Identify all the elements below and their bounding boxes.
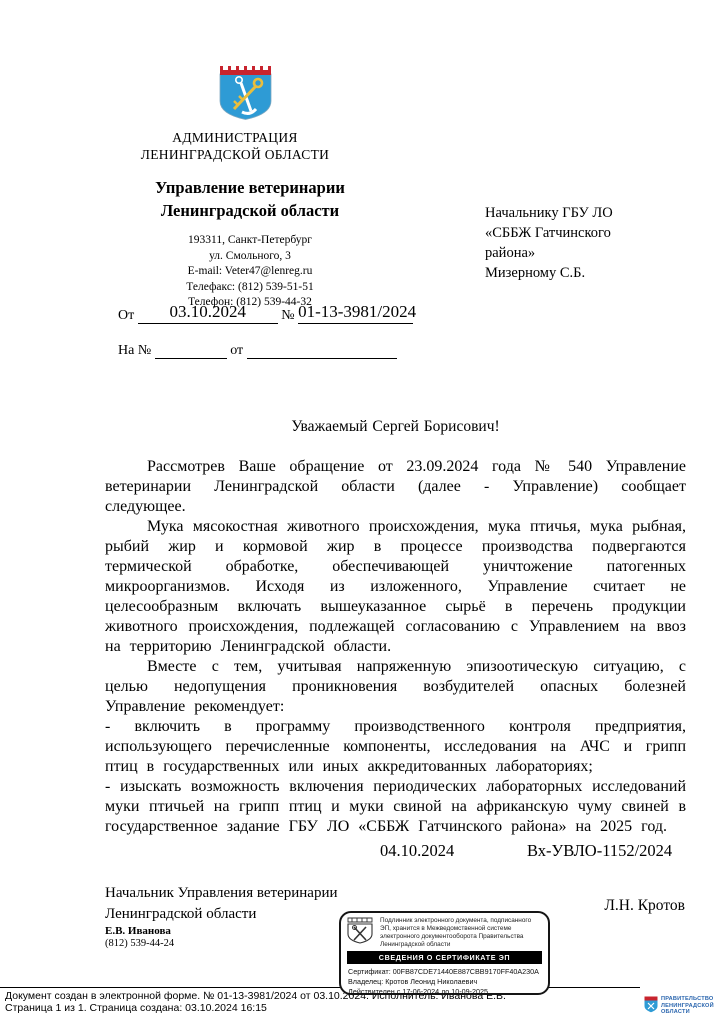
reply-date-label: от xyxy=(230,343,243,358)
letter-body: Уважаемый Сергей Борисович! Рассмотрев В… xyxy=(105,417,686,837)
coat-of-arms-icon xyxy=(217,63,274,122)
esign-coat-of-arms-icon xyxy=(346,916,376,949)
from-label: От xyxy=(118,308,134,323)
contact-address-line: ул. Смольного, 3 xyxy=(95,249,405,265)
body-paragraph: Вместе с тем, учитывая напряженную эпизо… xyxy=(105,657,686,717)
incoming-reference-line: На № от xyxy=(118,341,397,359)
government-logo-line: ПРАВИТЕЛЬСТВО xyxy=(661,996,714,1003)
department-line2: Ленинградской области xyxy=(95,199,405,222)
administration-line2: ЛЕНИНГРАДСКОЙ ОБЛАСТИ xyxy=(85,146,385,163)
administration-line1: АДМИНИСТРАЦИЯ xyxy=(85,129,385,146)
esign-certificate-validity: Действителен с 17-06-2024 до 10-09-2025 xyxy=(348,987,541,997)
administration-name: АДМИНИСТРАЦИЯ ЛЕНИНГРАДСКОЙ ОБЛАСТИ xyxy=(85,129,385,163)
addressee-line: района» xyxy=(485,243,675,263)
esign-stamp-header-row: Подлинник электронного документа, подпис… xyxy=(341,913,548,951)
letter-page: АДМИНИСТРАЦИЯ ЛЕНИНГРАДСКОЙ ОБЛАСТИ Упра… xyxy=(0,0,724,1024)
esign-certificate-details: Сертификат: 00FB87CDE71440E887CBB9170FF4… xyxy=(341,964,548,996)
esign-notice-text: Подлинник электронного документа, подпис… xyxy=(380,917,542,949)
government-logo-text: ПРАВИТЕЛЬСТВО ЛЕНИНГРАДСКОЙ ОБЛАСТИ xyxy=(661,996,714,1016)
contact-email: E-mail: Veter47@lenreg.ru xyxy=(95,264,405,280)
salutation: Уважаемый Сергей Борисович! xyxy=(105,417,686,437)
government-logo: ПРАВИТЕЛЬСТВО ЛЕНИНГРАДСКОЙ ОБЛАСТИ xyxy=(644,996,714,1018)
footer-page-info: Страница 1 из 1. Страница создана: 03.10… xyxy=(5,1003,506,1015)
recommendation-item: - изыскать возможность включения периоди… xyxy=(105,777,686,837)
outgoing-number-field: 01-13-3981/2024 xyxy=(298,303,413,324)
esign-certificate-number: Сертификат: 00FB87CDE71440E887CBB9170FF4… xyxy=(348,967,541,977)
esign-certificate-owner: Владелец: Кротов Леонид Николаевич xyxy=(348,977,541,987)
contact-address-line: 193311, Санкт-Петербург xyxy=(95,233,405,249)
addressee-line: «СББЖ Гатчинского xyxy=(485,223,675,243)
incoming-stamp-date: 04.10.2024 xyxy=(380,841,454,861)
esign-certificate-stamp: Подлинник электронного документа, подпис… xyxy=(339,911,550,995)
esign-certificate-title: СВЕДЕНИЯ О СЕРТИФИКАТЕ ЭП xyxy=(347,951,542,964)
contact-fax: Телефакс: (812) 539-51-51 xyxy=(95,280,405,296)
government-logo-line: ОБЛАСТИ xyxy=(661,1009,714,1016)
executor-phone: (812) 539-44-24 xyxy=(105,938,174,949)
executor-name: Е.В. Иванова xyxy=(105,925,171,937)
outgoing-date-value: 03.10.2024 xyxy=(169,302,246,321)
government-logo-icon xyxy=(644,996,658,1018)
signer-name: Л.Н. Кротов xyxy=(604,897,685,915)
reply-number-label: На № xyxy=(118,343,151,358)
number-label: № xyxy=(281,308,294,323)
body-paragraph: Рассмотрев Ваше обращение от 23.09.2024 … xyxy=(105,457,686,517)
incoming-stamp-number: Вх-УВЛО-1152/2024 xyxy=(527,841,672,861)
contact-info: 193311, Санкт-Петербург ул. Смольного, 3… xyxy=(95,233,405,311)
outgoing-reference-line: От 03.10.2024 № 01-13-3981/2024 xyxy=(118,303,413,324)
department-line1: Управление ветеринарии xyxy=(95,176,405,199)
addressee-block: Начальнику ГБУ ЛО «СББЖ Гатчинского райо… xyxy=(485,203,675,283)
body-paragraph: Мука мясокостная животного происхождения… xyxy=(105,517,686,657)
government-logo-line: ЛЕНИНГРАДСКОЙ xyxy=(661,1003,714,1010)
department-name: Управление ветеринарии Ленинградской обл… xyxy=(95,176,405,222)
addressee-line: Мизерному С.Б. xyxy=(485,263,675,283)
reply-number-field xyxy=(155,341,227,359)
reply-date-field xyxy=(247,341,397,359)
signer-position-line2: Ленинградской области xyxy=(105,904,338,925)
recommendation-item: - включить в программу производственного… xyxy=(105,717,686,777)
outgoing-number-value: 01-13-3981/2024 xyxy=(298,302,416,321)
signer-position: Начальник Управления ветеринарии Ленингр… xyxy=(105,883,338,925)
addressee-line: Начальнику ГБУ ЛО xyxy=(485,203,675,223)
outgoing-date-field: 03.10.2024 xyxy=(138,303,278,324)
signer-position-line1: Начальник Управления ветеринарии xyxy=(105,883,338,904)
